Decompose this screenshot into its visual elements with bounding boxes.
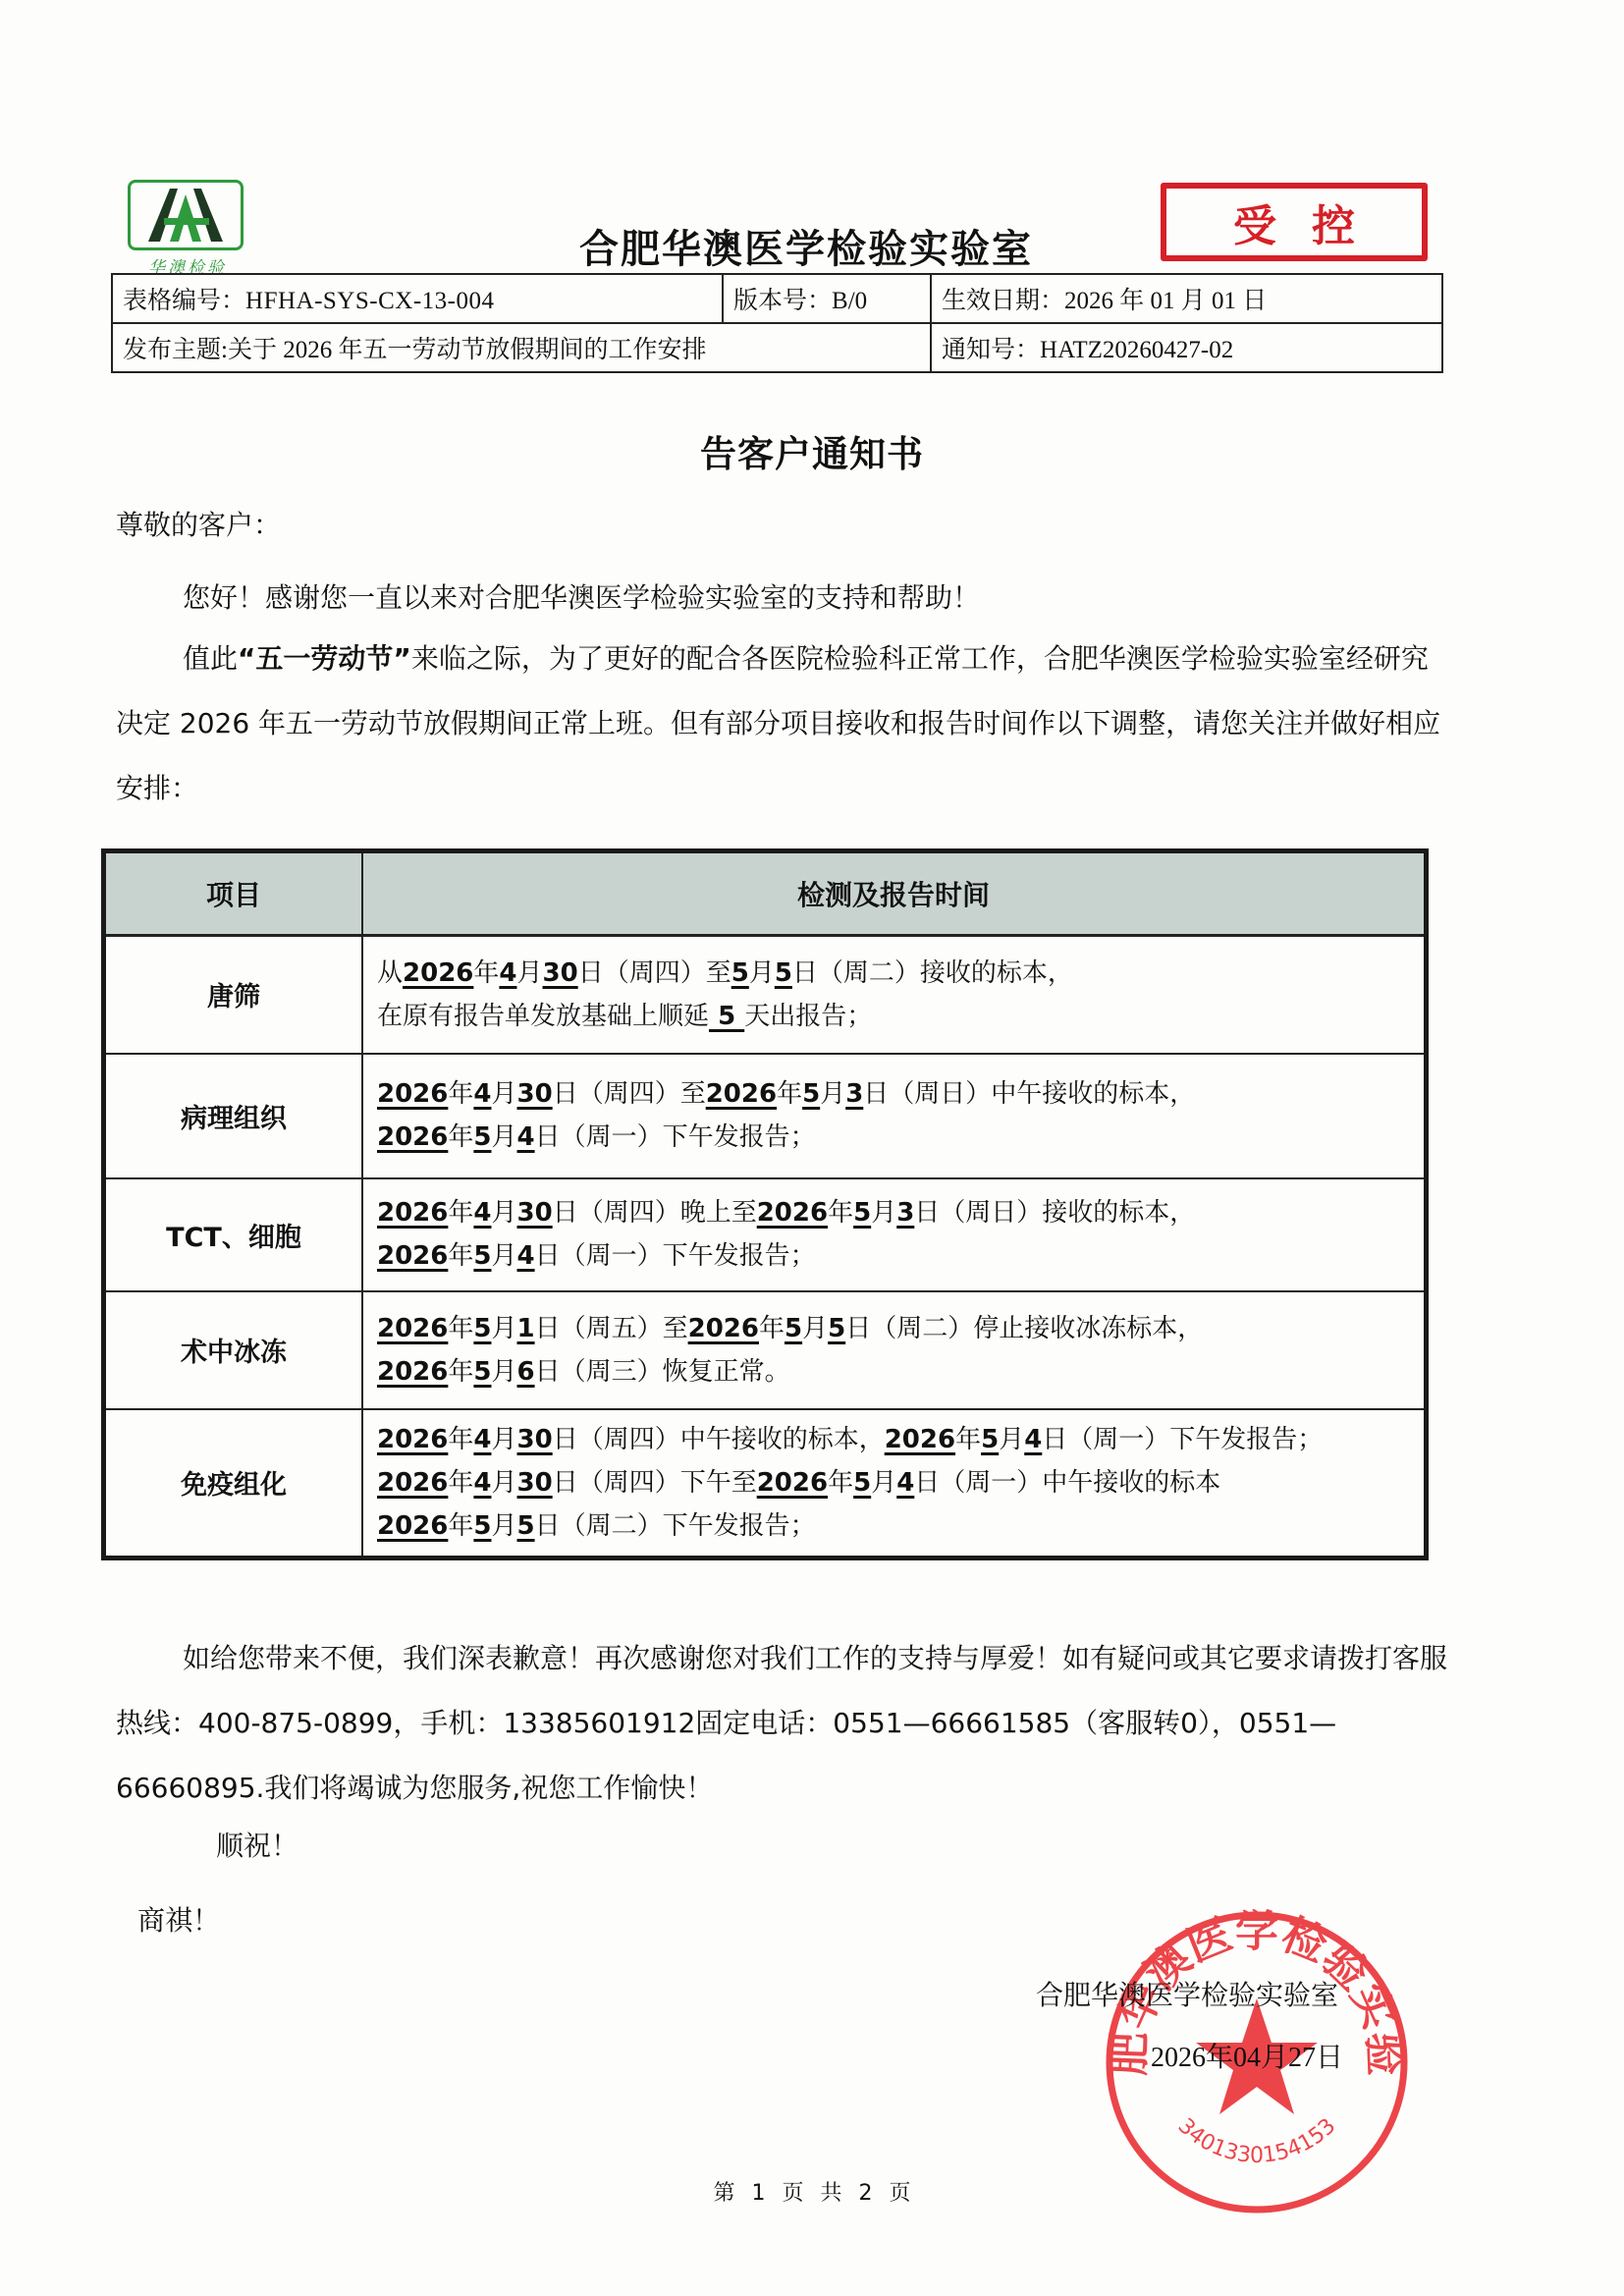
date-value: 5 (853, 1198, 871, 1228)
date-value: 5 (473, 1241, 491, 1271)
date-value: 2026 (688, 1314, 759, 1343)
text-segment: 年 (759, 1314, 785, 1343)
date-value: 30 (517, 1468, 553, 1498)
schedule-row: 术中冰冻2026年5月1日（周五）至2026年5月5日（周二）停止接收冰冻标本，… (104, 1291, 1427, 1409)
text-segment: 日（周四）中午接收的标本， (553, 1425, 885, 1454)
schedule-time-line: 2026年4月30日（周四）至2026年5月3日（周日）中午接收的标本， (377, 1072, 1424, 1116)
schedule-time-line: 在原有报告单发放基础上顺延 5 天出报告； (377, 995, 1424, 1038)
sincerely: 商祺！ (137, 1899, 220, 1939)
logo (128, 180, 244, 250)
text-segment: 月 (871, 1198, 896, 1228)
text-segment: 日（周一）下午发报告； (535, 1241, 816, 1271)
svg-text:3401330154153: 3401330154153 (1173, 2114, 1341, 2168)
date-value: 2026 (403, 958, 473, 988)
holiday-name: “五一劳动节” (238, 642, 411, 675)
date-value: 4 (896, 1468, 914, 1498)
date-value: 2026 (377, 1468, 448, 1498)
text-segment: 月 (491, 1122, 516, 1152)
date-value: 5 (517, 1511, 535, 1541)
text-segment: 月 (491, 1314, 516, 1343)
salutation: 尊敬的客户： (116, 504, 281, 543)
signature-organization: 合肥华澳医学检验实验室 (1036, 1974, 1338, 2013)
text-segment: 年 (448, 1079, 473, 1109)
date-value: 2026 (377, 1314, 448, 1343)
schedule-time-line: 2026年4月30日（周四）下午至2026年5月4日（周一）中午接收的标本 (377, 1461, 1424, 1504)
date-value: 4 (517, 1241, 535, 1271)
notice-title: 告客户通知书 (0, 424, 1624, 477)
org-title: 合肥华澳医学检验实验室 (579, 218, 1033, 274)
text-segment: 从 (377, 958, 403, 988)
schedule-item-time: 2026年5月1日（周五）至2026年5月5日（周二）停止接收冰冻标本，2026… (362, 1291, 1427, 1409)
text-segment: 日（周二）接收的标本， (792, 958, 1073, 988)
text-segment: 在原有报告单发放基础上顺延 (377, 1002, 709, 1031)
schedule-row: 病理组织2026年4月30日（周四）至2026年5月3日（周日）中午接收的标本，… (104, 1054, 1427, 1178)
text-segment: 月 (491, 1425, 516, 1454)
schedule-row: TCT、细胞2026年4月30日（周四）晚上至2026年5月3日（周日）接收的标… (104, 1178, 1427, 1291)
schedule-time-line: 2026年5月5日（周二）下午发报告； (377, 1504, 1424, 1548)
notice-number-label: 通知号： (942, 337, 1040, 363)
document-info-table: 表格编号：HFHA-SYS-CX-13-004 版本号：B/0 生效日期：202… (111, 273, 1443, 373)
text-segment: 月 (491, 1079, 516, 1109)
date-value: 2026 (377, 1241, 448, 1271)
date-value: 2026 (377, 1425, 448, 1454)
text-segment: 年 (473, 958, 499, 988)
schedule-row: 唐筛从2026年4月30日（周四）至5月5日（周二）接收的标本，在原有报告单发放… (104, 936, 1427, 1054)
text-segment: 年 (448, 1314, 473, 1343)
text-segment: 月 (871, 1468, 896, 1498)
text-segment: 月 (491, 1468, 516, 1498)
text-segment: 日（周四）至 (578, 958, 731, 988)
text-segment: 月 (517, 958, 543, 988)
date-value: 2026 (757, 1198, 828, 1228)
date-value: 4 (517, 1122, 535, 1152)
form-number-cell: 表格编号：HFHA-SYS-CX-13-004 (112, 274, 723, 323)
date-value: 30 (517, 1198, 553, 1228)
text-segment: 日（周三）恢复正常。 (535, 1357, 790, 1387)
date-value: 2026 (377, 1198, 448, 1228)
date-value: 5 (731, 958, 749, 988)
text-segment: 月 (491, 1357, 516, 1387)
subject-cell: 发布主题:关于 2026 年五一劳动节放假期间的工作安排 (112, 323, 931, 372)
date-value: 30 (517, 1425, 553, 1454)
notice-number-cell: 通知号：HATZ20260427-02 (931, 323, 1442, 372)
subject-label: 发布主题: (123, 337, 228, 363)
date-value: 5 (473, 1511, 491, 1541)
date-value: 1 (517, 1314, 535, 1343)
text-segment: 日（周一）下午发报告； (1042, 1425, 1323, 1454)
text-segment: 日（周二）停止接收冰冻标本， (845, 1314, 1203, 1343)
schedule-item-name: 病理组织 (104, 1054, 363, 1178)
signature-date: 2026年04月27日 (1151, 2036, 1343, 2075)
text-segment: 月 (491, 1241, 516, 1271)
version-label: 版本号： (733, 288, 832, 314)
schedule-item-name: 唐筛 (104, 936, 363, 1054)
schedule-time-line: 从2026年4月30日（周四）至5月5日（周二）接收的标本， (377, 952, 1424, 995)
text-segment: 年 (955, 1425, 981, 1454)
text-segment: 月 (749, 958, 775, 988)
intro-prefix: 值此 (183, 642, 238, 675)
schedule-table: 项目 检测及报告时间 唐筛从2026年4月30日（周四）至5月5日（周二）接收的… (101, 848, 1429, 1560)
date-value: 4 (473, 1198, 491, 1228)
text-segment: 日（周一）下午发报告； (535, 1122, 816, 1152)
text-segment: 月 (820, 1079, 845, 1109)
date-value: 5 (802, 1079, 820, 1109)
schedule-item-name: TCT、细胞 (104, 1178, 363, 1291)
form-number-value: HFHA-SYS-CX-13-004 (245, 288, 494, 314)
date-value: 2026 (377, 1511, 448, 1541)
effective-date-label: 生效日期： (942, 288, 1064, 314)
subject-value: 关于 2026 年五一劳动节放假期间的工作安排 (228, 337, 707, 363)
date-value: 5 (853, 1468, 871, 1498)
date-value: 5 (981, 1425, 999, 1454)
text-segment: 年 (448, 1198, 473, 1228)
text-segment: 日（周二）下午发报告； (535, 1511, 816, 1541)
date-value: 5 (709, 1002, 744, 1031)
date-value: 2026 (757, 1468, 828, 1498)
date-value: 2026 (706, 1079, 777, 1109)
controlled-stamp: 受控 (1161, 183, 1428, 261)
logo-mark-icon (131, 183, 241, 247)
date-value: 5 (473, 1314, 491, 1343)
date-value: 4 (1024, 1425, 1042, 1454)
form-number-label: 表格编号： (123, 288, 245, 314)
date-value: 5 (473, 1357, 491, 1387)
date-value: 5 (775, 958, 792, 988)
text-segment: 日（周一）中午接收的标本 (914, 1468, 1220, 1498)
text-segment: 日（周五）至 (535, 1314, 688, 1343)
schedule-row: 免疫组化2026年4月30日（周四）中午接收的标本，2026年5月4日（周一）下… (104, 1409, 1427, 1558)
text-segment: 日（周日）中午接收的标本， (863, 1079, 1195, 1109)
column-header-time: 检测及报告时间 (362, 851, 1427, 936)
text-segment: 日（周四）下午至 (553, 1468, 757, 1498)
text-segment: 年 (777, 1079, 802, 1109)
schedule-time-line: 2026年5月4日（周一）下午发报告； (377, 1234, 1424, 1278)
text-segment: 月 (802, 1314, 828, 1343)
text-segment: 年 (448, 1425, 473, 1454)
effective-date-cell: 生效日期：2026 年 01 月 01 日 (931, 274, 1442, 323)
schedule-item-name: 免疫组化 (104, 1409, 363, 1558)
text-segment: 日（周四）晚上至 (553, 1198, 757, 1228)
date-value: 2026 (377, 1357, 448, 1387)
effective-date-value: 2026 年 01 月 01 日 (1064, 288, 1267, 314)
column-header-item: 项目 (104, 851, 363, 936)
schedule-time-line: 2026年5月6日（周三）恢复正常。 (377, 1350, 1424, 1394)
date-value: 5 (828, 1314, 845, 1343)
date-value: 3 (845, 1079, 863, 1109)
text-segment: 月 (999, 1425, 1024, 1454)
date-value: 2026 (377, 1122, 448, 1152)
text-segment: 日（周四）至 (553, 1079, 706, 1109)
date-value: 5 (473, 1122, 491, 1152)
schedule-time-line: 2026年5月4日（周一）下午发报告； (377, 1116, 1424, 1159)
notice-number-value: HATZ20260427-02 (1040, 337, 1233, 363)
text-segment: 年 (448, 1468, 473, 1498)
text-segment: 天出报告； (744, 1002, 872, 1031)
schedule-time-line: 2026年5月1日（周五）至2026年5月5日（周二）停止接收冰冻标本， (377, 1307, 1424, 1350)
date-value: 30 (517, 1079, 553, 1109)
version-value: B/0 (832, 288, 867, 314)
date-value: 2026 (377, 1079, 448, 1109)
schedule-item-name: 术中冰冻 (104, 1291, 363, 1409)
text-segment: 年 (448, 1511, 473, 1541)
date-value: 4 (473, 1425, 491, 1454)
greeting-paragraph: 您好！感谢您一直以来对合肥华澳医学检验实验室的支持和帮助！ (116, 566, 1451, 630)
date-value: 4 (473, 1079, 491, 1109)
schedule-time-line: 2026年4月30日（周四）晚上至2026年5月3日（周日）接收的标本， (377, 1191, 1424, 1234)
intro-paragraph: 值此“五一劳动节”来临之际，为了更好的配合各医院检验科正常工作，合肥华澳医学检验… (116, 627, 1451, 821)
schedule-item-time: 从2026年4月30日（周四）至5月5日（周二）接收的标本，在原有报告单发放基础… (362, 936, 1427, 1054)
schedule-header-row: 项目 检测及报告时间 (104, 851, 1427, 936)
text-segment: 年 (448, 1241, 473, 1271)
date-value: 5 (785, 1314, 802, 1343)
page-indicator: 第 1 页 共 2 页 (0, 2176, 1624, 2207)
version-cell: 版本号：B/0 (723, 274, 931, 323)
schedule-item-time: 2026年4月30日（周四）至2026年5月3日（周日）中午接收的标本，2026… (362, 1054, 1427, 1178)
date-value: 4 (473, 1468, 491, 1498)
date-value: 2026 (885, 1425, 955, 1454)
text-segment: 年 (448, 1357, 473, 1387)
text-segment: 年 (828, 1468, 853, 1498)
text-segment: 月 (491, 1198, 516, 1228)
date-value: 3 (896, 1198, 914, 1228)
schedule-time-line: 2026年4月30日（周四）中午接收的标本，2026年5月4日（周一）下午发报告… (377, 1418, 1424, 1461)
text-segment: 日（周日）接收的标本， (914, 1198, 1195, 1228)
regards: 顺祝！ (216, 1825, 298, 1864)
schedule-item-time: 2026年4月30日（周四）中午接收的标本，2026年5月4日（周一）下午发报告… (362, 1409, 1427, 1558)
closing-paragraph: 如给您带来不便，我们深表歉意！再次感谢您对我们工作的支持与厚爱！如有疑问或其它要… (116, 1626, 1451, 1821)
date-value: 30 (543, 958, 578, 988)
schedule-item-time: 2026年4月30日（周四）晚上至2026年5月3日（周日）接收的标本，2026… (362, 1178, 1427, 1291)
text-segment: 年 (828, 1198, 853, 1228)
date-value: 6 (517, 1357, 535, 1387)
date-value: 4 (499, 958, 516, 988)
text-segment: 年 (448, 1122, 473, 1152)
text-segment: 月 (491, 1511, 516, 1541)
